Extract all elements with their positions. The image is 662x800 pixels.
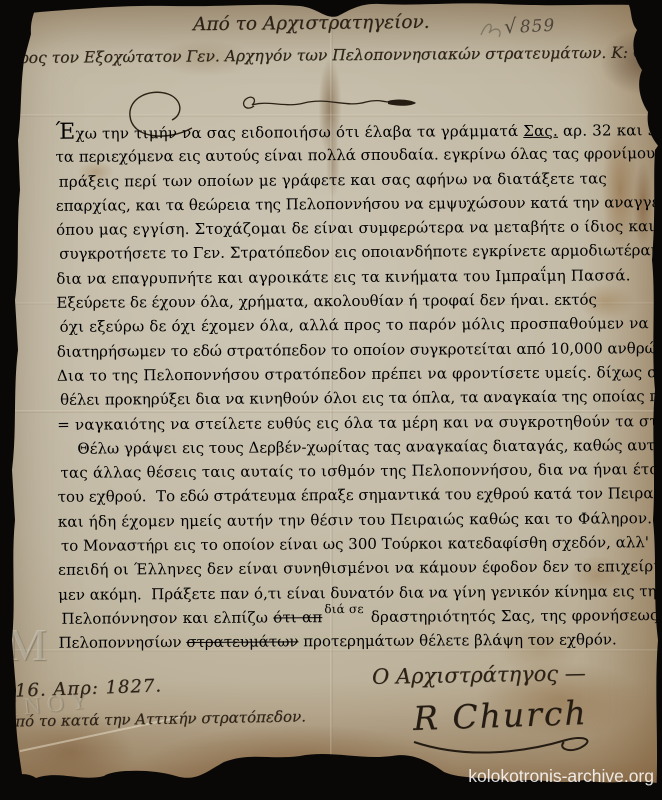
letter-line: τα περιεχόμενα εις αυτούς είναι πολλά σπ… [56,141,646,169]
signature-title: Ο Αρχιστράτηγος — [372,661,586,689]
letter-line: Εξεύρετε δε έχουν όλα, χρήματα, ακολουθί… [56,287,646,315]
line-text: προτερημάτων θέλετε βλάψη τον εχθρόν. [298,631,616,651]
letter-line: θέλει προκηρύξει δια να κινηθούν όλοι ει… [60,384,650,412]
letter-line: διατηρήσωμεν το εδώ στρατόπεδον το οποίο… [57,336,647,364]
letter-line: επαρχίας, και τα θεώρεια της Πελοποννήσο… [56,190,646,218]
letter-line: όπου μας εγγίση. Στοχάζομαι δε είναι συμ… [56,214,646,242]
archive-watermark: kolokotronis-archive.org [468,766,654,787]
letter-line: το Μοναστήρι εις το οποίον είναι ως 300 … [61,530,651,558]
letter-line: Έχω την τιμήν να σας ειδοποιήσω ότι έλαβ… [55,117,645,145]
embossed-stamp-letter: M [6,618,47,671]
letter-line: πράξεις περί των οποίων με γράφετε και σ… [59,166,649,194]
document-number-value: 859 [519,16,555,38]
line-text: Πελοπόννησον και ελπίζω [61,608,273,627]
letter-line: και ήδη έχομεν ημείς αυτήν την θέσιν του… [58,506,648,534]
letter-line: του εχθρού. Το εδώ στράτευμα έπραξε σημα… [58,482,648,510]
letter-line-edited: Πελοπόννησον και ελπίζω ότι απδιά σε δρα… [61,603,651,631]
letter-line: = ναγκαιότης να στείλετε ευθύς εις όλα τ… [57,409,647,437]
inserted-words: διά σε [324,602,364,616]
letter-line: δια να επαγρυπνήτε και αγροικάτε εις τα … [56,263,646,291]
signature: R Church [412,693,588,738]
letter-body: Έχω την τιμήν να σας ειδοποιήσω ότι έλαβ… [55,117,648,655]
line-text: αρ. 32 και 33. [558,121,662,140]
scanned-letter-page: M HNOY Από το Αρχιστρατηγείον. √859 Προς… [0,0,662,800]
letter-line: Θέλω γράψει εις τους Δερβέν-χωρίτας τας … [57,433,647,461]
underlined-word: Σας. [523,122,558,140]
letter-line: επειδή οι Έλληνες δεν είναι συνηθισμένοι… [58,555,648,583]
struck-word: στρατευμάτων [186,633,298,652]
line-text: Έχω την τιμήν να σας ειδοποιήσω ότι έλαβ… [55,122,523,143]
line-text: δραστηριότητός Σας, της φρονήσεως και τω… [366,606,662,626]
letter-line-closing: Πελοποννησίων στρατευμάτων προτερημάτων … [58,627,648,655]
check-mark: √ [503,14,517,39]
letter-line: συγκροτήσετε το Γεν. Στρατόπεδον εις οπο… [59,239,649,267]
struck-words: ότι απ [273,608,322,626]
letterhead-origin: Από το Αρχιστρατηγείον. [193,12,430,35]
letter-line: τας άλλας θέσεις ταις αυταίς το ισθμόν τ… [60,457,650,485]
letter-line: Δια το της Πελοποννήσου στρατόπεδον πρέπ… [57,360,647,388]
letter-line: όχι εξεύρω δε όχι έχομεν όλα, αλλά προς … [60,312,650,340]
line-text: Πελοποννησίων [59,633,187,652]
document-number: √859 [503,12,555,39]
